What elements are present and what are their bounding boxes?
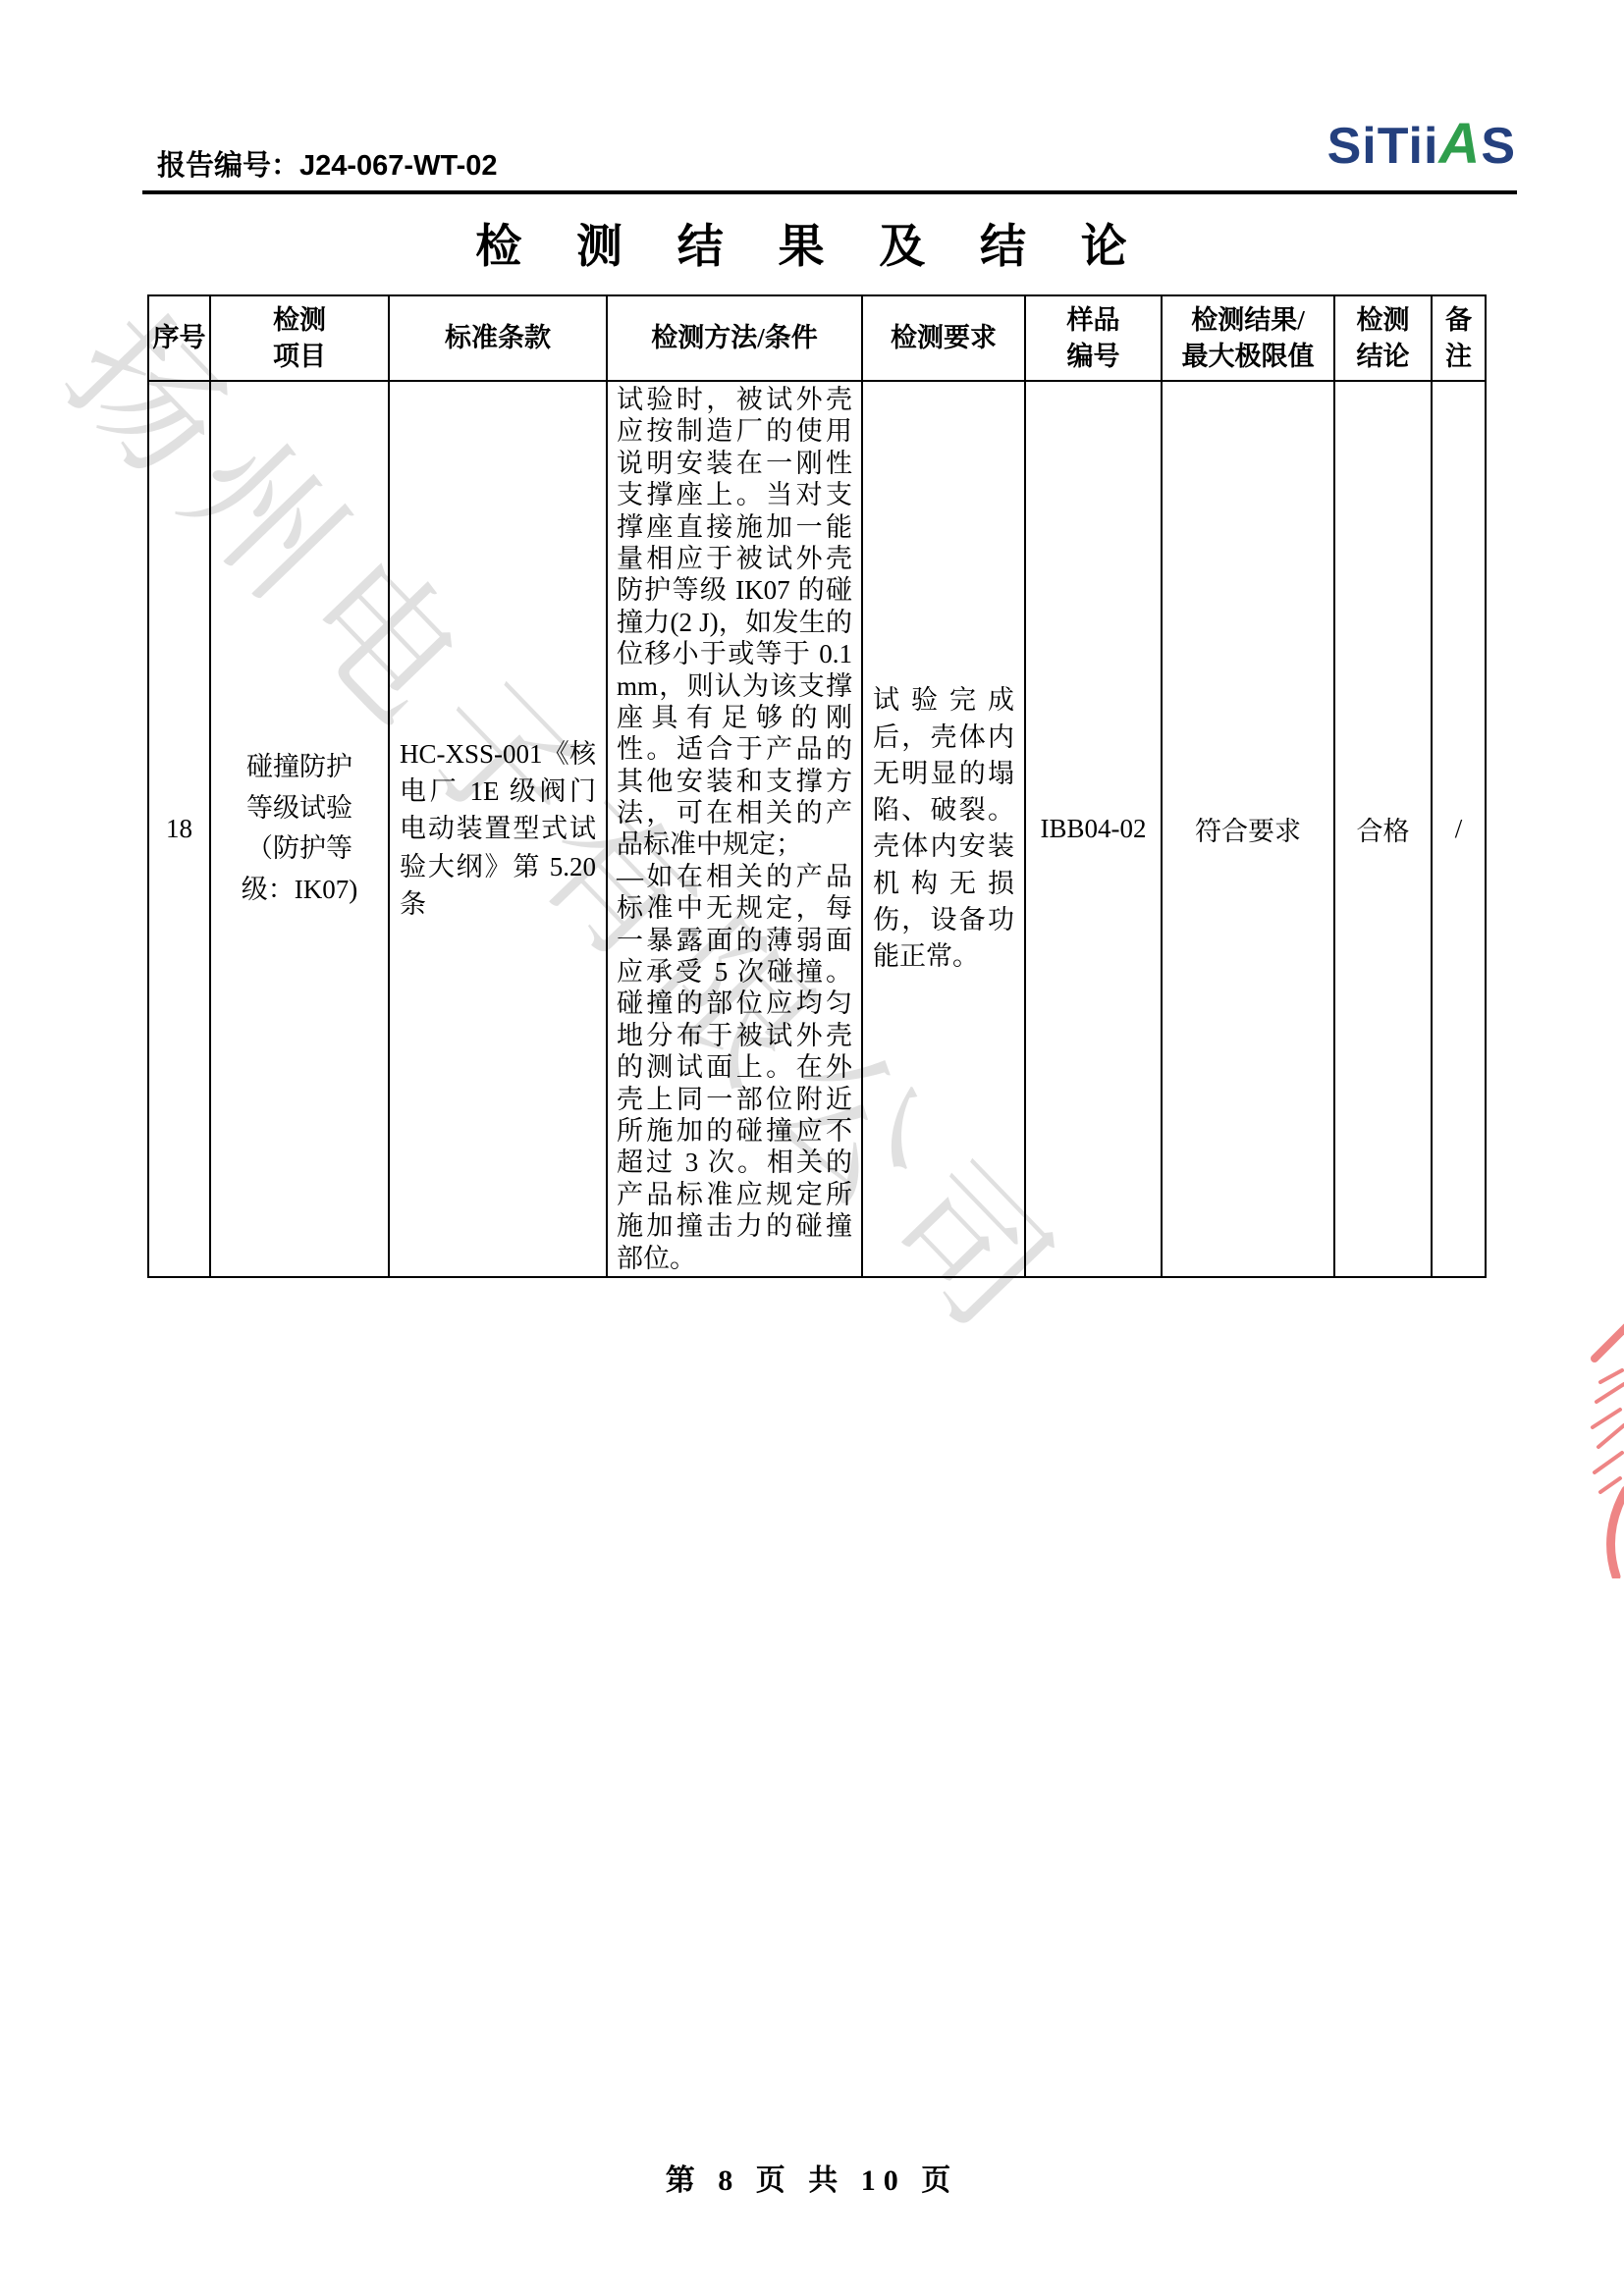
red-seal-fragment	[1581, 1323, 1624, 1578]
page-number: 第 8 页 共 10 页	[0, 2156, 1624, 2199]
red-seal-strokes	[1581, 1323, 1624, 1578]
cell-serial-number: 18	[148, 381, 210, 1277]
cell-remark: /	[1432, 381, 1486, 1277]
page-title: 检 测 结 果 及 结 论	[0, 210, 1624, 276]
col-header-method: 检测方法/条件	[607, 295, 862, 381]
cell-test-requirement: 试验完成后，壳体内无明显的塌陷、破裂。壳体内安装机构无损伤，设备功能正常。	[862, 381, 1025, 1277]
company-logo: SiTiiAS	[1327, 116, 1516, 173]
cell-test-item: 碰撞防护 等级试验 （防护等 级：IK07)	[210, 381, 389, 1277]
col-header-result: 检测结果/ 最大极限值	[1162, 295, 1334, 381]
col-header-requirement: 检测要求	[862, 295, 1025, 381]
logo-letter-a: A	[1438, 112, 1481, 176]
test-method-paragraph-2: —如在相关的产品标准中无规定，每一暴露面的薄弱面应承受 5 次碰撞。碰撞的部位应…	[617, 861, 852, 1274]
results-table-container: 序号 检测 项目 标准条款 检测方法/条件 检测要求 样品 编号 检测结果/ 最…	[147, 294, 1487, 1278]
report-number: 报告编号：J24-067-WT-02	[157, 143, 498, 184]
col-header-no: 序号	[148, 295, 210, 381]
col-header-conclusion: 检测 结论	[1334, 295, 1432, 381]
table-header-row: 序号 检测 项目 标准条款 检测方法/条件 检测要求 样品 编号 检测结果/ 最…	[148, 295, 1486, 381]
results-table: 序号 检测 项目 标准条款 检测方法/条件 检测要求 样品 编号 检测结果/ 最…	[147, 294, 1487, 1278]
cell-conclusion: 合格	[1334, 381, 1432, 1277]
cell-standard-clause: HC-XSS-001《核电厂 1E 级阀门电动装置型式试验大纲》第 5.20 条	[389, 381, 607, 1277]
logo-text-left: SiTii	[1327, 118, 1439, 175]
col-header-clause: 标准条款	[389, 295, 607, 381]
header-divider	[142, 190, 1517, 194]
test-method-paragraph-1: 试验时，被试外壳应按制造厂的使用说明安装在一刚性支撑座上。当对支撑座直接施加一能…	[617, 384, 852, 861]
col-header-sample: 样品 编号	[1025, 295, 1162, 381]
col-header-item: 检测 项目	[210, 295, 389, 381]
cell-sample-number: IBB04-02	[1025, 381, 1162, 1277]
table-row: 18 碰撞防护 等级试验 （防护等 级：IK07) HC-XSS-001《核电厂…	[148, 381, 1486, 1277]
cell-test-method: 试验时，被试外壳应按制造厂的使用说明安装在一刚性支撑座上。当对支撑座直接施加一能…	[607, 381, 862, 1277]
col-header-remark: 备 注	[1432, 295, 1486, 381]
logo-text-right: S	[1481, 118, 1516, 175]
cell-test-result: 符合要求	[1162, 381, 1334, 1277]
